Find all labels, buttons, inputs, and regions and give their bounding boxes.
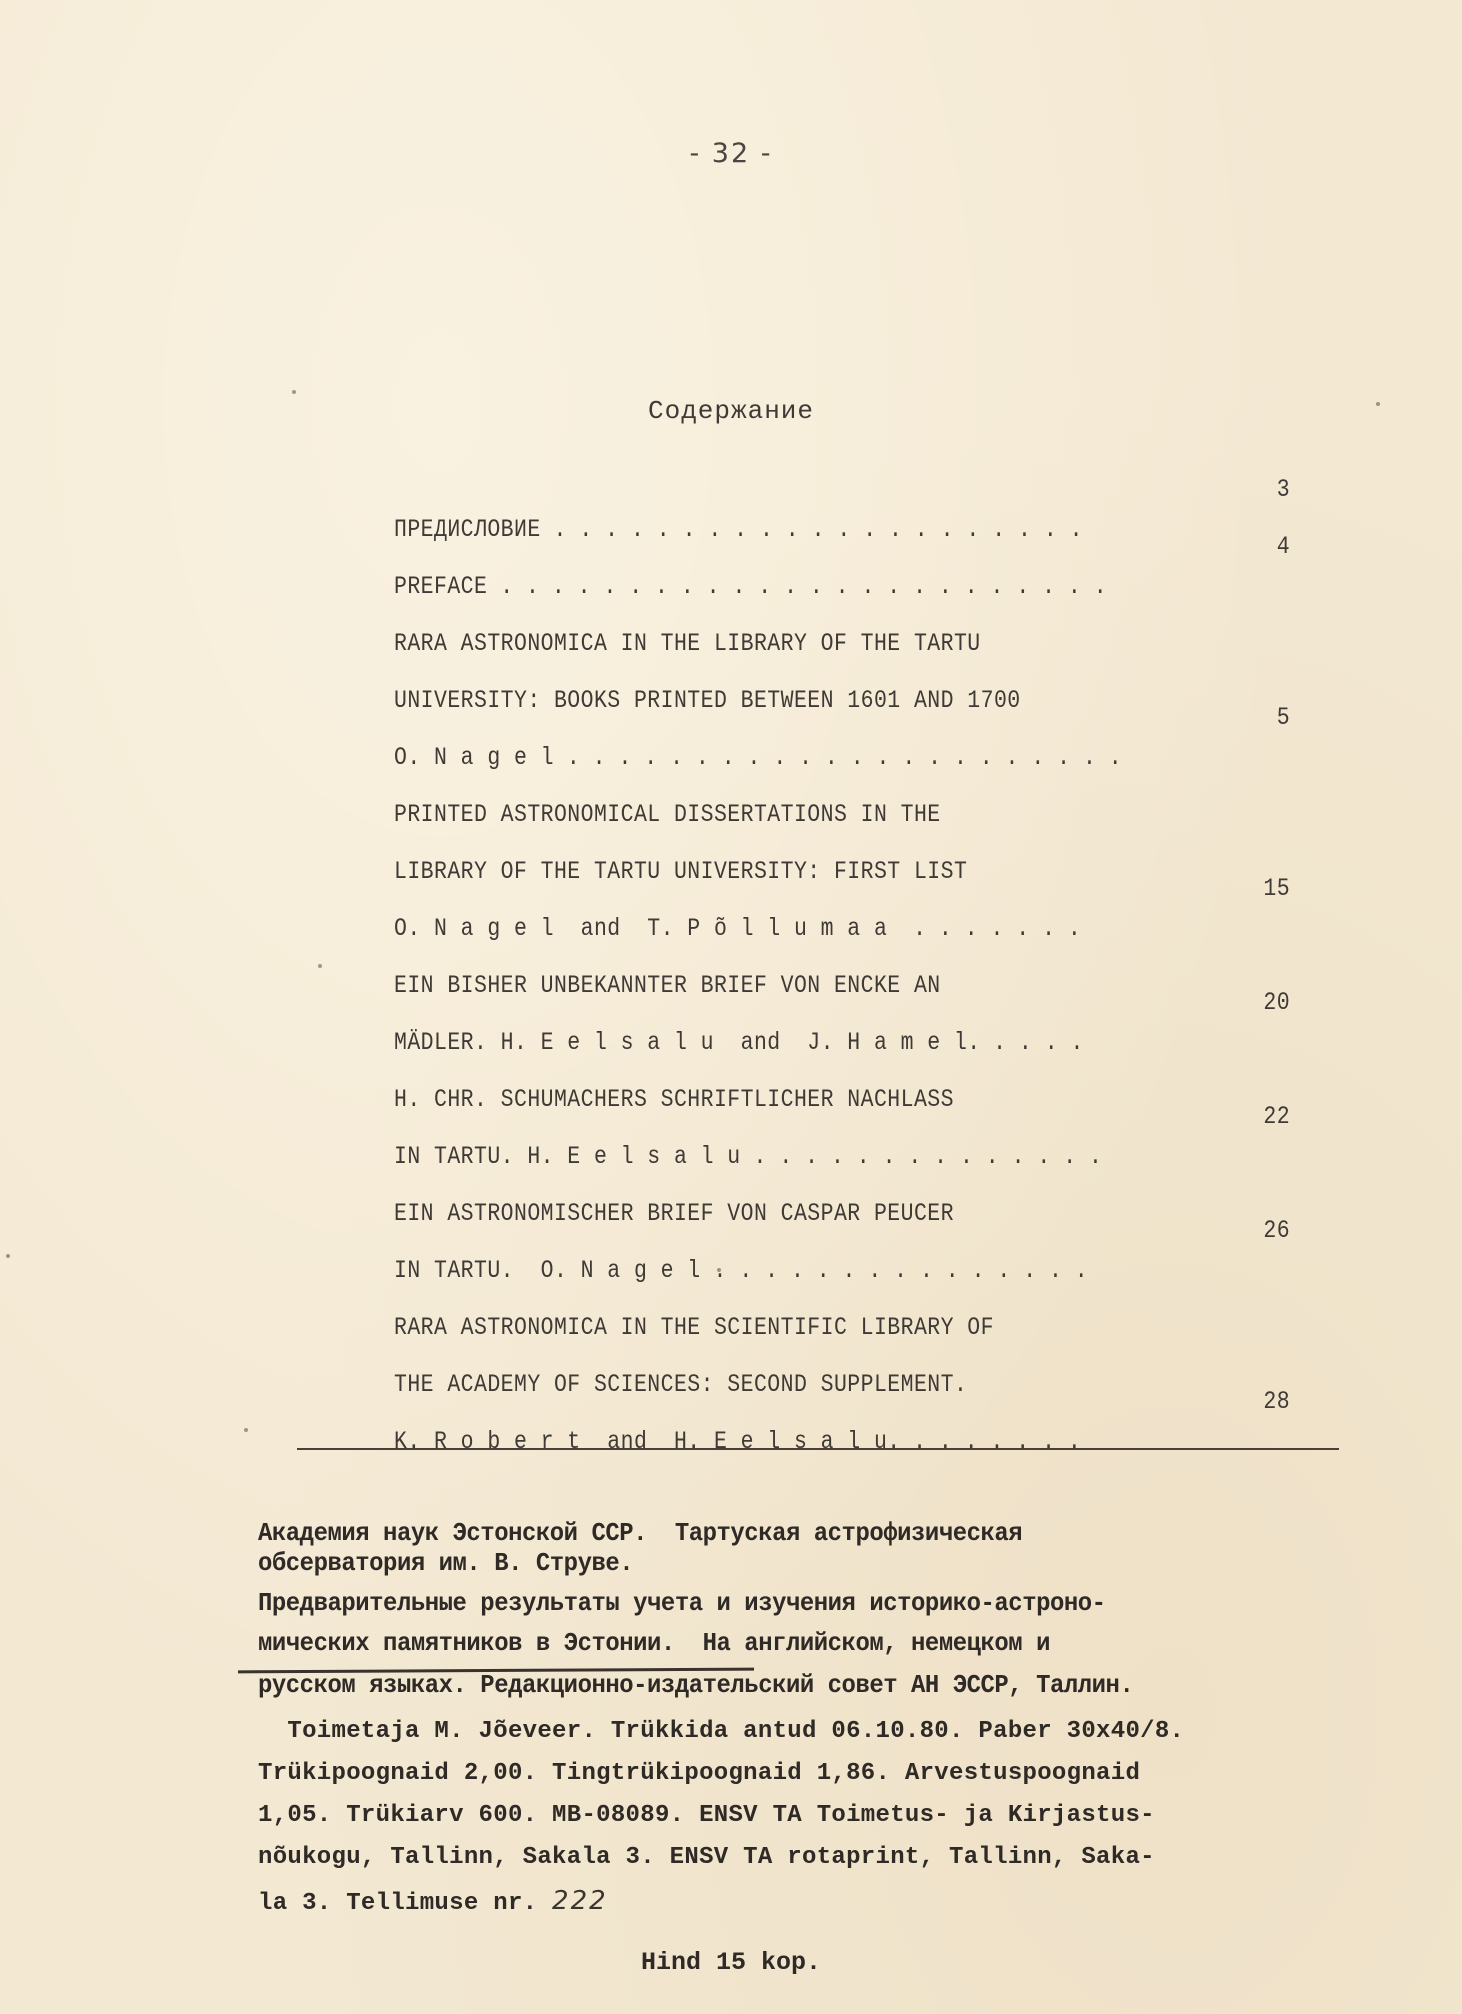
toc-entry-preface-ru: ПРЕДИСЛОВИЕ . . . . . . . . . . . . . . … xyxy=(314,470,1161,510)
toc-page-number: 28 xyxy=(1263,1382,1290,1422)
horizontal-divider xyxy=(297,1448,1339,1450)
order-label: la 3. Tellimuse nr. xyxy=(258,1890,552,1917)
toc-entry-author-line: K. R o b e r t and H. E e l s a l u. . .… xyxy=(314,1382,1161,1422)
toc-entry-author-line: O. N a g e l and T. P õ l l u m a a . . … xyxy=(314,869,1161,909)
paper-speck xyxy=(717,1268,721,1272)
toc-page-number: 4 xyxy=(1277,527,1290,567)
toc-entry-title-line: UNIVERSITY: BOOKS PRINTED BETWEEN 1601 A… xyxy=(314,641,1161,681)
paper-speck xyxy=(244,1428,248,1432)
toc-entry-preface-en: PREFACE . . . . . . . . . . . . . . . . … xyxy=(314,527,1161,567)
imprint-ru-line: Предварительные результаты учета и изуче… xyxy=(258,1588,1106,1618)
toc-entry-title-line: RARA ASTRONOMICA IN THE SCIENTIFIC LIBRA… xyxy=(314,1268,1161,1308)
toc-page-number: 15 xyxy=(1263,869,1290,909)
toc-entry-title-line: EIN ASTRONOMISCHER BRIEF VON CASPAR PEUC… xyxy=(314,1154,1161,1194)
paper-speck xyxy=(1376,402,1380,406)
toc-entry-author-line: O. N a g e l . . . . . . . . . . . . . .… xyxy=(314,698,1161,738)
imprint-ru-line: Академия наук Эстонской ССР. Тартуская а… xyxy=(258,1518,1022,1548)
toc-page-number: 3 xyxy=(1277,470,1290,510)
toc-entry-title-line: EIN BISHER UNBEKANNTER BRIEF VON ENCKE A… xyxy=(314,926,1161,966)
toc-page-number: 5 xyxy=(1277,698,1290,738)
imprint-ru-line: мических памятников в Эстонии. На англий… xyxy=(258,1628,1050,1658)
price-line: Hind 15 kop. xyxy=(0,1948,1462,1977)
imprint-et-line: nõukogu, Tallinn, Sakala 3. ENSV TA rota… xyxy=(258,1844,1155,1871)
imprint-et-line-order: la 3. Tellimuse nr. 222 xyxy=(258,1886,608,1917)
toc-entry-author-line: IN TARTU. H. E e l s a l u . . . . . . .… xyxy=(314,1097,1161,1137)
toc-entry-title-line: THE ACADEMY OF SCIENCES: SECOND SUPPLEME… xyxy=(314,1325,1161,1365)
handwritten-order-number: 222 xyxy=(552,1886,608,1916)
toc-page-number: 22 xyxy=(1263,1097,1290,1137)
paper-speck xyxy=(318,964,322,968)
paper-speck xyxy=(6,1254,10,1258)
contents-heading: Содержание xyxy=(0,396,1462,426)
toc-entry-title-line: PRINTED ASTRONOMICAL DISSERTATIONS IN TH… xyxy=(314,755,1161,795)
toc-page-number: 26 xyxy=(1263,1211,1290,1251)
toc-entry-author: K. R o b e r t and H. E e l s a l u xyxy=(394,1422,887,1462)
toc-page-number: 20 xyxy=(1263,983,1290,1023)
imprint-et-line: 1,05. Trükiarv 600. MB-08089. ENSV TA To… xyxy=(258,1802,1155,1829)
toc-entry-title-line: RARA ASTRONOMICA IN THE LIBRARY OF THE T… xyxy=(314,584,1161,624)
toc-entry-title-line: LIBRARY OF THE TARTU UNIVERSITY: FIRST L… xyxy=(314,812,1161,852)
imprint-ru-line: русском языках. Редакционно-издательский… xyxy=(258,1670,1133,1700)
document-page: - 32 - Содержание ПРЕДИСЛОВИЕ . . . . . … xyxy=(0,0,1462,2014)
imprint-et-line: Trükipoognaid 2,00. Tingtrükipoognaid 1,… xyxy=(258,1760,1140,1787)
paper-speck xyxy=(292,390,296,394)
toc-entry-author-line: IN TARTU. O. N a g e l . . . . . . . . .… xyxy=(314,1211,1161,1251)
toc-entry-author-line: MÄDLER. H. E e l s a l u and J. H a m e … xyxy=(314,983,1161,1023)
imprint-et-line: Toimetaja M. Jõeveer. Trükkida antud 06.… xyxy=(258,1718,1184,1745)
imprint-ru-line: обсерватория им. В. Струве. xyxy=(258,1548,633,1578)
page-number: - 32 - xyxy=(0,138,1462,169)
toc-leader-dots: . . . . . . . . xyxy=(887,1422,1081,1462)
toc-entry-title-line: H. CHR. SCHUMACHERS SCHRIFTLICHER NACHLA… xyxy=(314,1040,1161,1080)
